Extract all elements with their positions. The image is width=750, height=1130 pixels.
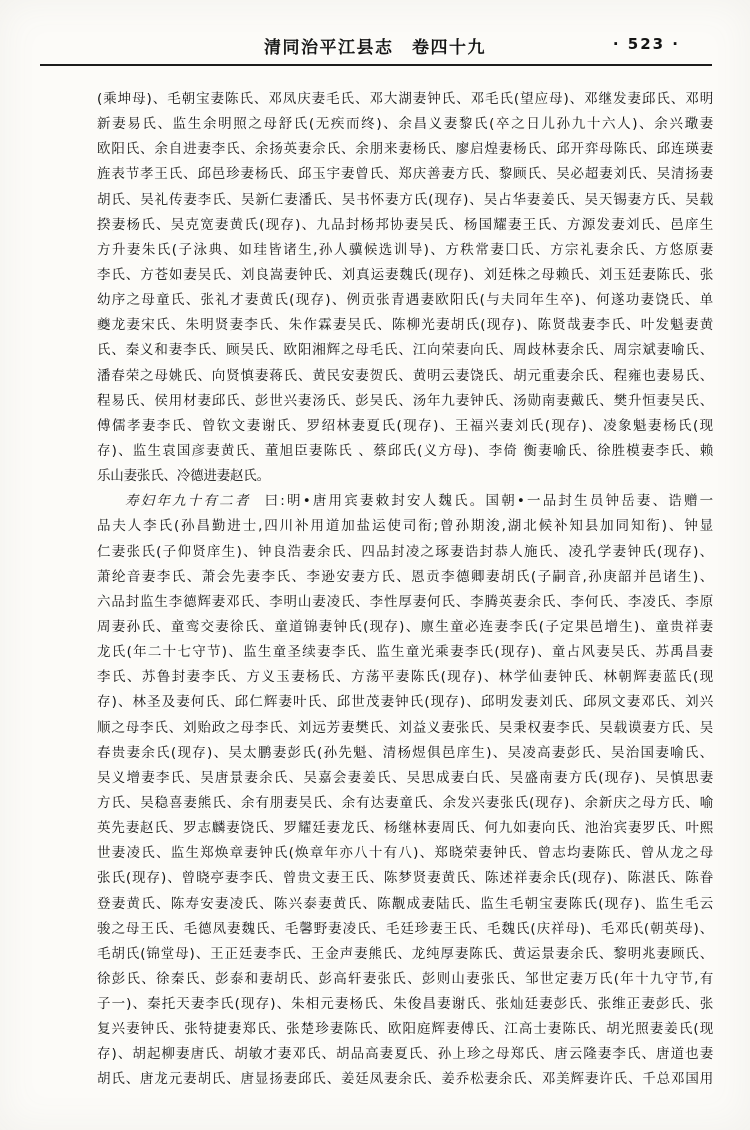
text-block: (乘坤母)、毛朝宝妻陈氏、邓凤庆妻毛氏、邓大湖妻钟氏、邓毛氏(望应母)、邓继发妻… — [97, 87, 713, 1093]
section-heading: 寿妇年九十有二者 — [125, 493, 251, 509]
page-header-title: 清同治平江县志 卷四十九 — [264, 33, 486, 58]
text-line: 英先妻赵氏、罗志麟妻饶氏、罗耀廷妻龙氏、杨继林妻周氏、何九如妻向氏、池治宾妻罗氏… — [97, 816, 713, 841]
text-line: 李氏、方苍如妻吴氏、刘良嵩妻钟氏、刘真运妻魏氏(现存)、刘廷株之母赖氏、刘玉廷妻… — [97, 263, 713, 288]
gazetteer-page: 清同治平江县志 卷四十九 · 523 · (乘坤母)、毛朝宝妻陈氏、邓凤庆妻毛氏… — [0, 0, 750, 1130]
text-line: 存)、监生袁国彦妻黄氏、董旭臣妻陈氏 、蔡邱氏(义方母)、李倚 衡妻喻氏、徐胜模… — [97, 439, 713, 464]
text-line: 复兴妻钟氏、张特捷妻郑氏、张楚珍妻陈氏、欧阳庭辉妻傅氏、江高士妻陈氏、胡光照妻姜… — [97, 1017, 713, 1042]
text-line: 揆妻杨氏、吴克宽妻黄氏(现存)、九品封杨邦协妻吴氏、杨国耀妻王氏、方源发妻刘氏、… — [97, 213, 713, 238]
text-line: 傅儒孝妻李氏、曾钦文妻谢氏、罗绍林妻夏氏(现存)、王福兴妻刘氏(现存)、凌象魁妻… — [97, 414, 713, 439]
text-line: 新妻易氏、监生余明照之母舒氏(无疾而终)、余昌义妻黎氏(卒之日儿孙九十六人)、余… — [97, 112, 713, 137]
text-line: 骏之母王氏、毛德凤妻魏氏、毛馨野妻凌氏、毛廷珍妻王氏、毛魏氏(庆祥母)、毛邓氏(… — [97, 917, 713, 942]
text-line: 龙氏(年二十七守节)、监生童圣续妻李氏、监生童光乘妻李氏(现存)、童占风妻吴氏、… — [97, 640, 713, 665]
text-line: 周妻孙氏、童鸾交妻徐氏、童道锦妻钟氏(现存)、廪生童必连妻李氏(子定果邑增生)、… — [97, 615, 713, 640]
header-divider — [40, 64, 712, 66]
text-line: 程易氏、侯用材妻邱氏、彭世兴妻汤氏、彭吴氏、汤年九妻钟氏、汤勋南妻戴氏、樊升恒妻… — [97, 389, 713, 414]
text-line: 徐彭氏、徐秦氏、彭泰和妻胡氏、彭高轩妻张氏、彭则山妻张氏、邹世定妻万氏(年十九守… — [97, 967, 713, 992]
paragraph-names-continued: (乘坤母)、毛朝宝妻陈氏、邓凤庆妻毛氏、邓大湖妻钟氏、邓毛氏(望应母)、邓继发妻… — [97, 87, 713, 489]
text-line: 萧纶音妻李氏、萧会先妻李氏、李逊安妻方氏、恩贡李德卿妻胡氏(子嗣音,孙庚韶并邑诸… — [97, 565, 713, 590]
text-line: 幼序之母童氏、张礼才妻黄氏(现存)、例贡张青遇妻欧阳氏(与夫同年生卒)、何遂功妻… — [97, 288, 713, 313]
text-line: 六品封监生李德辉妻邓氏、李明山妻凌氏、李性厚妻何氏、李腾英妻余氏、李何氏、李凌氏… — [97, 590, 713, 615]
text-line: 顺之母李氏、刘贻政之母李氏、刘远芳妻樊氏、刘益义妻张氏、吴秉权妻李氏、吴载谟妻方… — [97, 716, 713, 741]
text-line: 胡氏、吴礼传妻李氏、吴新仁妻潘氏、吴书怀妻方氏(现存)、吴占华妻姜氏、吴天锡妻方… — [97, 188, 713, 213]
text-line: 子一)、秦托天妻李氏(现存)、朱相元妻杨氏、朱俊昌妻谢氏、张灿廷妻彭氏、张维正妻… — [97, 992, 713, 1017]
paragraph-longevity-women: 寿妇年九十有二者曰:明•唐用宾妻敕封安人魏氏。国朝•一品封生员钟岳妻、诰赠一 品… — [97, 489, 713, 1092]
text-line: 寿妇年九十有二者曰:明•唐用宾妻敕封安人魏氏。国朝•一品封生员钟岳妻、诰赠一 — [97, 489, 713, 514]
text-line: 世妻凌氏、监生郑焕章妻钟氏(焕章年亦八十有八)、郑晓荣妻钟氏、曾志均妻陈氏、曾从… — [97, 841, 713, 866]
text-line: 旌表节孝王氏、邱邑珍妻杨氏、邱玉宇妻曾氏、郑庆善妻方氏、黎顾氏、吴必超妻刘氏、吴… — [97, 162, 713, 187]
text-line: 胡氏、唐龙元妻胡氏、唐显扬妻邱氏、姜廷凤妻余氏、姜乔松妻余氏、邓美辉妻许氏、千总… — [97, 1067, 713, 1092]
text-line: 存)、林圣及妻何氏、邱仁辉妻叶氏、邱世茂妻钟氏(现存)、邱明发妻刘氏、邱夙文妻邓… — [97, 690, 713, 715]
section-heading-continuation: 曰:明•唐用宾妻敕封安人魏氏。国朝•一品封生员钟岳妻、诰赠一 — [265, 493, 713, 509]
text-line: 氏、秦义和妻李氏、顾吴氏、欧阳湘辉之母毛氏、江向荣妻向氏、周歧林妻余氏、周宗斌妻… — [97, 338, 713, 363]
text-line: 方氏、吴稳喜妻熊氏、余有朋妻吴氏、余有达妻童氏、余发兴妻张氏(现存)、余新庆之母… — [97, 791, 713, 816]
text-line: 张氏(现存)、曾晓亭妻李氏、曾贵文妻王氏、陈梦贤妻黄氏、陈述祥妻余氏(现存)、陈… — [97, 866, 713, 891]
text-line: 吴义增妻李氏、吴唐景妻余氏、吴嘉会妻姜氏、吴思成妻白氏、吴盛南妻方氏(现存)、吴… — [97, 766, 713, 791]
text-line: 欧阳氏、余自进妻李氏、余扬英妻佘氏、余朋来妻杨氏、廖启煌妻杨氏、邱开弈母陈氏、邱… — [97, 137, 713, 162]
text-line: 潘春荣之母姚氏、向贤慎妻蒋氏、黄民安妻贺氏、黄明云妻饶氏、胡元重妻余氏、程雍也妻… — [97, 364, 713, 389]
text-line: 夔龙妻宋氏、朱明贤妻李氏、朱作霖妻吴氏、陈柳光妻胡氏(现存)、陈贤哉妻李氏、叶发… — [97, 313, 713, 338]
text-line: 登妻黄氏、陈寿安妻凌氏、陈兴泰妻黄氏、陈觏成妻陆氏、监生毛朝宝妻陈氏(现存)、监… — [97, 892, 713, 917]
text-line: 李氏、苏鲁封妻李氏、方义玉妻杨氏、方荡平妻陈氏(现存)、林学仙妻钟氏、林朝辉妻蓝… — [97, 665, 713, 690]
text-line: 仁妻张氏(子仰贤庠生)、钟良浩妻余氏、四品封凌之琢妻诰封恭人施氏、凌孔学妻钟氏(… — [97, 540, 713, 565]
text-line: 品夫人李氏(孙昌勤进士,四川补用道加盐运使司衔;曾孙期浚,湖北候补知县加同知衔)… — [97, 514, 713, 539]
text-line: 乐山妻张氏、冷德进妻赵氏。 — [97, 464, 713, 489]
text-line: 存)、胡起柳妻唐氏、胡敏才妻邓氏、胡品高妻夏氏、孙上珍之母郑氏、唐云隆妻李氏、唐… — [97, 1042, 713, 1067]
text-line: 方升妻朱氏(子泳典、如珪皆诸生,孙人骥候选训导)、方秩常妻囗氏、方宗礼妻余氏、方… — [97, 238, 713, 263]
text-line: 毛胡氏(锦堂母)、王正廷妻李氏、王金声妻熊氏、龙纯厚妻陈氏、黄运景妻余氏、黎明兆… — [97, 942, 713, 967]
text-line: (乘坤母)、毛朝宝妻陈氏、邓凤庆妻毛氏、邓大湖妻钟氏、邓毛氏(望应母)、邓继发妻… — [97, 87, 713, 112]
text-line: 春贵妻余氏(现存)、吴太鹏妻彭氏(孙先魁、清杨煜俱邑庠生)、吴凌高妻彭氏、吴治国… — [97, 741, 713, 766]
page-number: · 523 · — [613, 35, 680, 53]
